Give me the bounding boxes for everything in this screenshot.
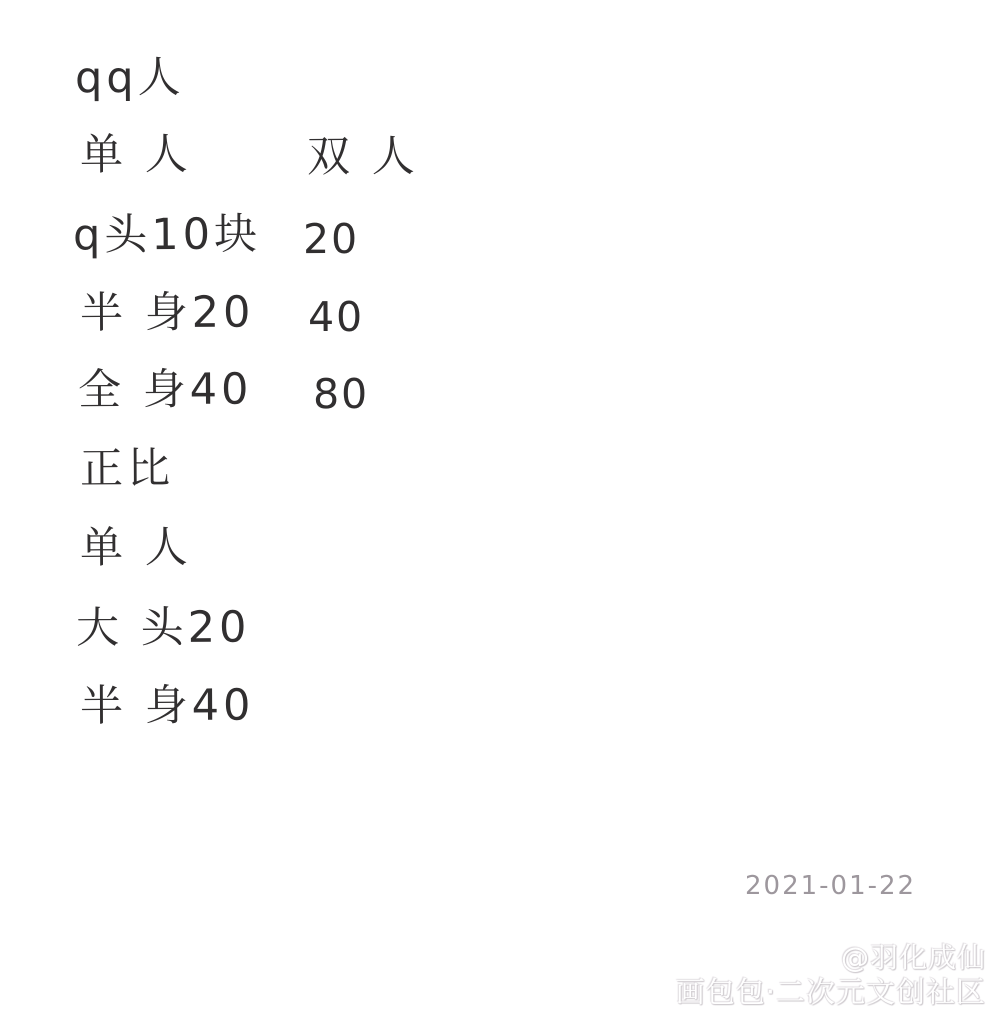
row-q-head-double-price: 20: [303, 219, 359, 260]
section-title-zhengbi: 正比: [80, 448, 174, 491]
handwritten-price-sheet: qq人 单 人 双 人 q头10块 20 半 身20 40 全 身40 80 正…: [0, 0, 1000, 1027]
row-full-body-double-price: 80: [313, 374, 369, 415]
row-big-head-label: 大 头20: [76, 607, 251, 651]
row-half-body-label: 半 身20: [80, 292, 255, 336]
row-q-head-label: q头10块: [73, 214, 261, 258]
section-title-qq: qq人: [75, 57, 185, 101]
column-header-double: 双 人: [307, 136, 419, 180]
row-half-body-double-price: 40: [308, 297, 364, 338]
row-zb-half-body-label: 半 身40: [80, 685, 255, 729]
watermark-community: 画包包·二次元文创社区: [676, 970, 986, 1011]
row-full-body-label: 全 身40: [78, 369, 253, 413]
zhengbi-subtitle-single: 单 人: [80, 527, 192, 571]
column-header-single: 单 人: [80, 134, 192, 178]
date-stamp: 2021-01-22: [745, 871, 916, 901]
